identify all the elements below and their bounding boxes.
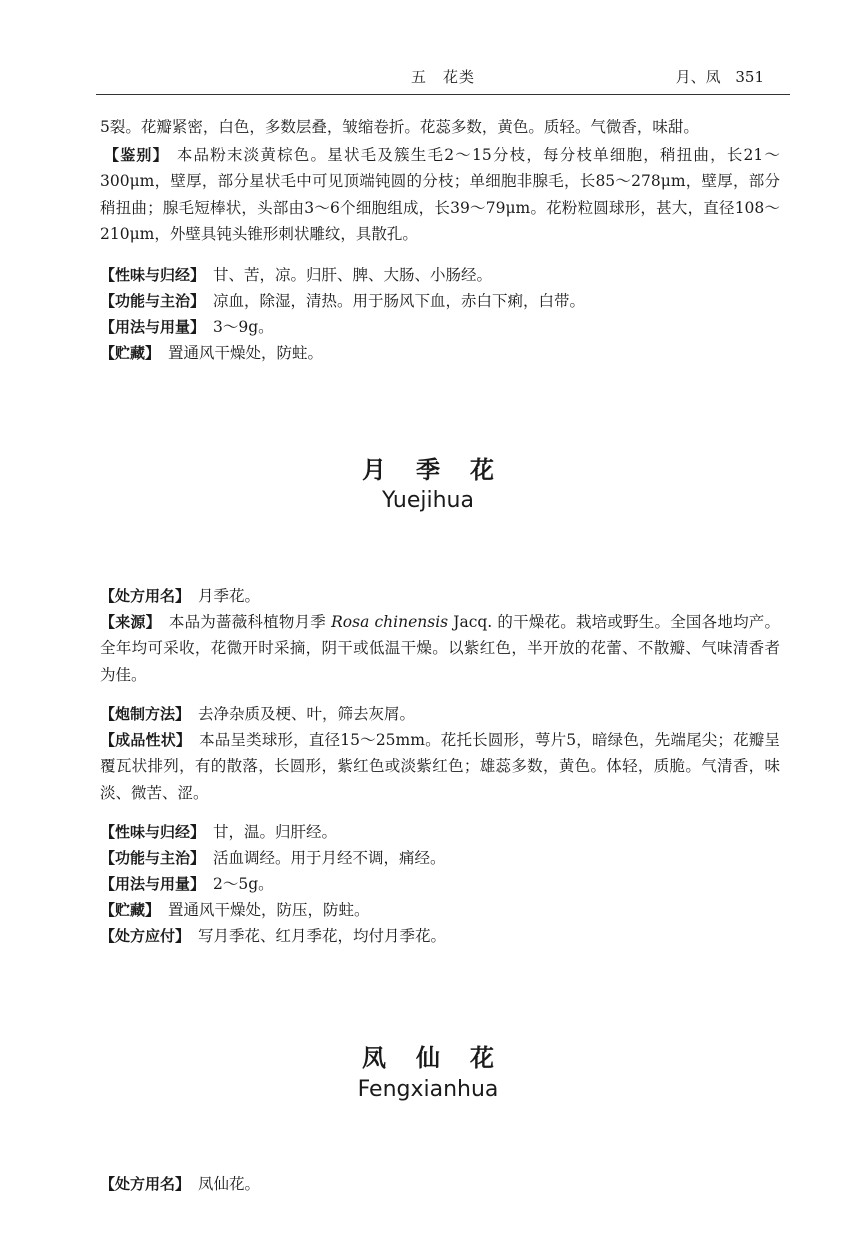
running-head: 月、凤 351 <box>676 66 764 87</box>
page-header: 五 花类 月、凤 351 <box>96 62 790 92</box>
field-text: 置通风干燥处，防蛀。 <box>168 344 323 362</box>
field-label: 【来源】 <box>100 613 161 631</box>
field-function: 【功能与主治】活血调经。用于月经不调，痛经。 <box>100 845 780 871</box>
field-label: 【成品性状】 <box>100 731 191 749</box>
field-function: 【功能与主治】凉血，除湿，清热。用于肠风下血，赤白下痢，白带。 <box>100 288 780 314</box>
field-dispensing: 【处方应付】写月季花、红月季花，均付月季花。 <box>100 923 780 949</box>
field-source: 【来源】本品为蔷薇科植物月季 Rosa chinensis Jacq. 的干燥花… <box>100 609 780 688</box>
field-text: 本品粉末淡黄棕色。星状毛及簇生毛2～15分枝，每分枝单细胞，稍扭曲，长21～30… <box>100 146 780 243</box>
field-label: 【功能与主治】 <box>100 292 205 310</box>
field-dosage: 【用法与用量】2～5g。 <box>100 871 780 897</box>
field-text: 去净杂质及梗、叶，筛去灰屑。 <box>198 705 415 723</box>
field-label: 【鉴别】 <box>104 146 169 164</box>
field-characteristics: 【成品性状】本品呈类球形，直径15～25mm。花托长圆形，萼片5，暗绿色，先端尾… <box>100 727 780 806</box>
field-nature-meridian: 【性味与归经】甘，温。归肝经。 <box>100 819 780 845</box>
field-label: 【处方应付】 <box>100 927 190 945</box>
entry-title-yuejihua: 月季花 <box>0 450 856 485</box>
field-label: 【用法与用量】 <box>100 318 205 336</box>
field-text: 3～9g。 <box>213 318 274 336</box>
field-label: 【炮制方法】 <box>100 705 190 723</box>
field-text: 本品呈类球形，直径15～25mm。花托长圆形，萼片5，暗绿色，先端尾尖；花瓣呈覆… <box>100 731 780 802</box>
field-storage: 【贮藏】置通风干燥处，防蛀。 <box>100 340 780 366</box>
field-label: 【性味与归经】 <box>100 823 205 841</box>
field-dosage: 【用法与用量】3～9g。 <box>100 314 780 340</box>
field-label: 【性味与归经】 <box>100 266 205 284</box>
entry-pinyin-yuejihua: Yuejihua <box>0 488 856 513</box>
header-rule <box>96 94 790 95</box>
field-storage: 【贮藏】置通风干燥处，防压，防蛀。 <box>100 897 780 923</box>
field-label: 【处方用名】 <box>100 1175 190 1193</box>
field-label: 【贮藏】 <box>100 901 160 919</box>
field-label: 【功能与主治】 <box>100 849 205 867</box>
field-text: 本品为蔷薇科植物月季 <box>169 613 331 631</box>
field-text: 甘、苦，凉。归肝、脾、大肠、小肠经。 <box>213 266 492 284</box>
field-processing: 【炮制方法】去净杂质及梗、叶，筛去灰屑。 <box>100 701 780 727</box>
field-label: 【贮藏】 <box>100 344 160 362</box>
entry-title-fengxianhua: 凤仙花 <box>0 1038 856 1073</box>
field-prescription-name: 【处方用名】月季花。 <box>100 583 780 609</box>
field-text: 甘，温。归肝经。 <box>213 823 337 841</box>
field-identification: 【鉴别】本品粉末淡黄棕色。星状毛及簇生毛2～15分枝，每分枝单细胞，稍扭曲，长2… <box>100 142 780 248</box>
field-text: 凉血，除湿，清热。用于肠风下血，赤白下痢，白带。 <box>213 292 585 310</box>
field-text: 凤仙花。 <box>198 1175 260 1193</box>
field-prescription-name: 【处方用名】凤仙花。 <box>100 1171 780 1197</box>
latin-name: Rosa chinensis <box>331 613 448 631</box>
field-text: 置通风干燥处，防压，防蛀。 <box>168 901 370 919</box>
field-text: 2～5g。 <box>213 875 274 893</box>
page-number: 351 <box>735 68 764 86</box>
field-text: 月季花。 <box>198 587 260 605</box>
field-nature-meridian: 【性味与归经】甘、苦，凉。归肝、脾、大肠、小肠经。 <box>100 262 780 288</box>
entry-pinyin-fengxianhua: Fengxianhua <box>0 1077 856 1102</box>
continued-paragraph: 5裂。花瓣紧密，白色，多数层叠，皱缩卷折。花蕊多数，黄色。质轻。气微香，味甜。 <box>100 114 780 140</box>
field-text: 写月季花、红月季花，均付月季花。 <box>198 927 446 945</box>
field-label: 【处方用名】 <box>100 587 190 605</box>
running-head-text: 月、凤 <box>676 68 721 86</box>
field-text: 活血调经。用于月经不调，痛经。 <box>213 849 446 867</box>
field-label: 【用法与用量】 <box>100 875 205 893</box>
